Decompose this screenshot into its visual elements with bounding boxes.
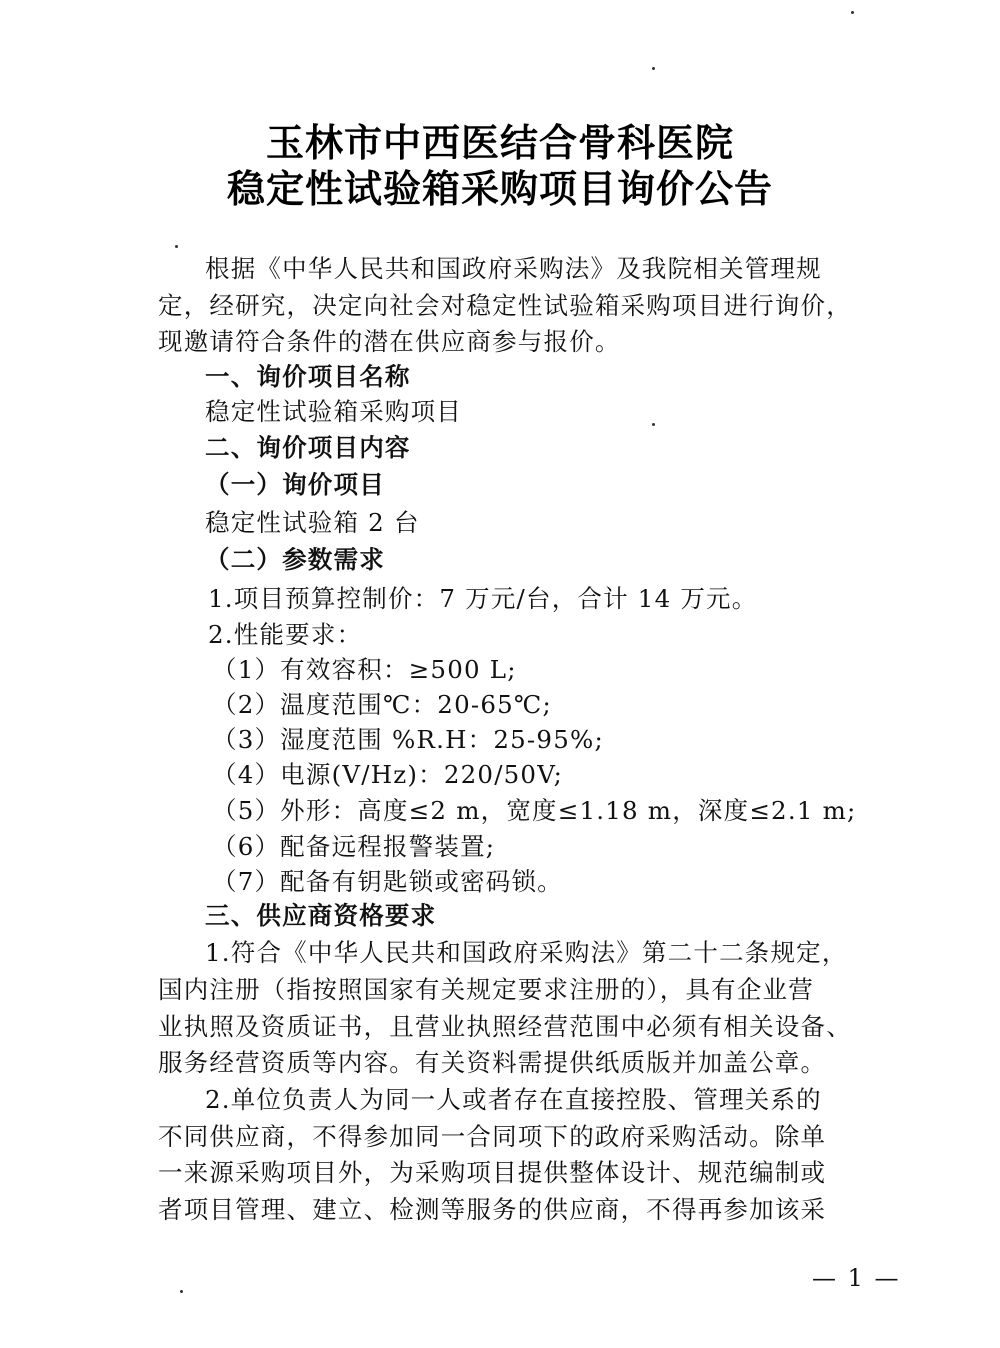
qualification-2-line-1: 2.单位负责人为同一人或者存在直接控股、管理关系的 <box>205 1085 822 1115</box>
intro-line-3: 现邀请符合条件的潜在供应商参与报价。 <box>158 327 621 357</box>
scan-speck <box>652 423 655 426</box>
qualification-2-line-3: 一来源采购项目外，为采购项目提供整体设计、规范编制或 <box>158 1158 826 1188</box>
requirement-1: （1）有效容积：≥500 L; <box>212 655 517 685</box>
subsection-2-heading: （二）参数需求 <box>205 545 385 575</box>
intro-line-1: 根据《中华人民共和国政府采购法》及我院相关管理规 <box>205 254 822 284</box>
scan-speck <box>175 245 178 248</box>
subsection-1-heading: （一）询价项目 <box>205 470 385 500</box>
scan-speck <box>180 1290 183 1293</box>
title-line-2: 稳定性试验箱采购项目询价公告 <box>0 158 1000 213</box>
requirement-5: （5）外形：高度≤2 m，宽度≤1.18 m，深度≤2.1 m; <box>212 796 857 826</box>
page-number: — 1 — <box>812 1264 901 1292</box>
performance-heading: 2.性能要求： <box>208 620 362 650</box>
budget-line: 1.项目预算控制价：7 万元/台，合计 14 万元。 <box>208 584 757 614</box>
section-2-heading: 二、询价项目内容 <box>205 433 411 463</box>
requirement-3: （3）湿度范围 %R.H：25-95%; <box>212 725 604 755</box>
section-3-heading: 三、供应商资格要求 <box>205 901 436 931</box>
requirement-2: （2）温度范围℃：20-65℃; <box>212 690 552 720</box>
qualification-1-line-4: 服务经营资质等内容。有关资料需提供纸质版并加盖公章。 <box>158 1048 826 1078</box>
scan-speck <box>851 11 854 14</box>
qualification-1-line-1: 1.符合《中华人民共和国政府采购法》第二十二条规定， <box>205 938 848 968</box>
section-1-content: 稳定性试验箱采购项目 <box>205 397 462 427</box>
subsection-1-content: 稳定性试验箱 2 台 <box>205 508 420 538</box>
scan-speck <box>652 67 655 70</box>
qualification-1-line-2: 国内注册（指按照国家有关规定要求注册的），具有企业营 <box>158 975 814 1005</box>
intro-line-2: 定，经研究，决定向社会对稳定性试验箱采购项目进行询价， <box>158 291 852 321</box>
requirement-4: （4）电源(V/Hz)：220/50V; <box>212 760 563 790</box>
section-1-heading: 一、询价项目名称 <box>205 362 411 392</box>
document-page: 玉林市中西医结合骨科医院 稳定性试验箱采购项目询价公告 根据《中华人民共和国政府… <box>0 0 1000 1348</box>
qualification-2-line-2: 不同供应商，不得参加同一合同项下的政府采购活动。除单 <box>158 1122 826 1152</box>
requirement-7: （7）配备有钥匙锁或密码锁。 <box>212 867 563 897</box>
qualification-1-line-3: 业执照及资质证书，且营业执照经营范围中必须有相关设备、 <box>158 1012 852 1042</box>
requirement-6: （6）配备远程报警装置; <box>212 832 495 862</box>
qualification-2-line-4: 者项目管理、建立、检测等服务的供应商，不得再参加该采 <box>158 1195 826 1225</box>
